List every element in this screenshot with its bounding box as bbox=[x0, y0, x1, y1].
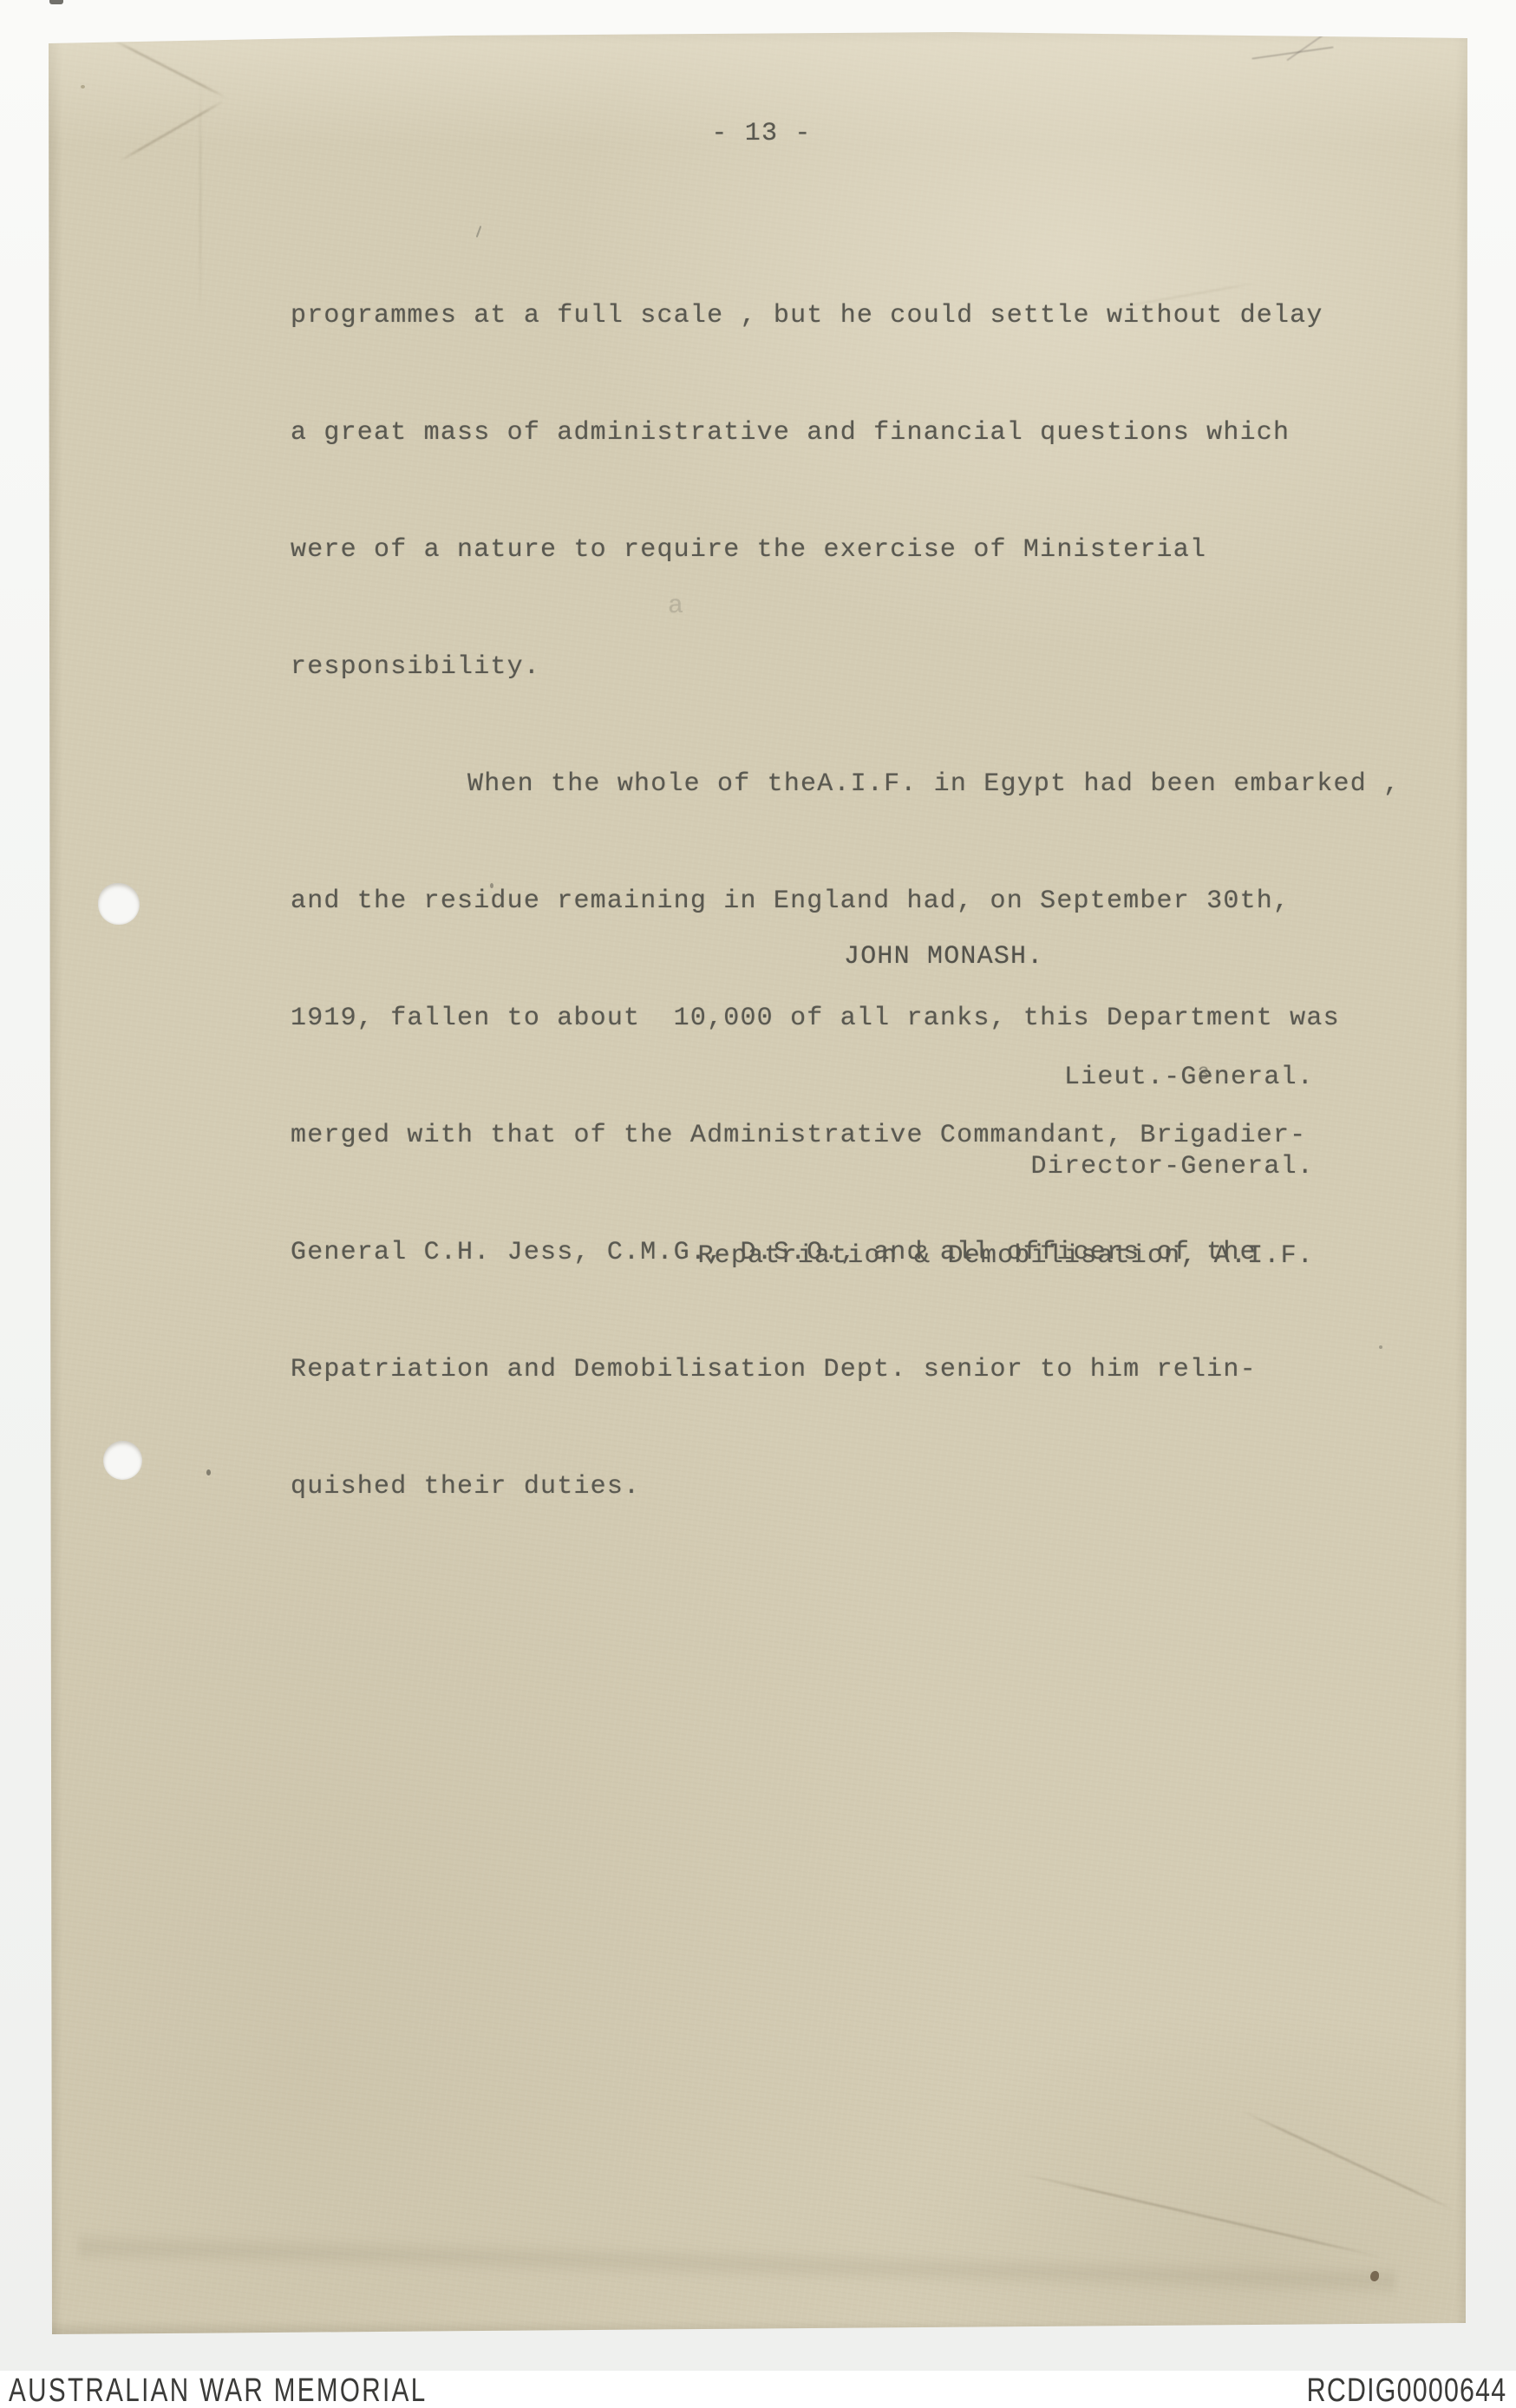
page-number: - 13 - bbox=[675, 115, 848, 152]
document-paper: - 13 - programmes at a full scale , but … bbox=[49, 32, 1467, 2334]
body-line: and the residue remaining in England had… bbox=[291, 873, 1453, 931]
body-line: a great mass of administrative and finan… bbox=[291, 404, 1453, 462]
body-line: When the whole of theA.I.F. in Egypt had… bbox=[291, 756, 1453, 814]
signature-title-line: Lieut.-General. bbox=[697, 1063, 1314, 1093]
crease-mark bbox=[199, 74, 201, 325]
signature-title-line: Director-General. bbox=[697, 1152, 1314, 1182]
crease-mark bbox=[1242, 2110, 1455, 2211]
crease-mark bbox=[1019, 2173, 1382, 2259]
punch-hole bbox=[98, 883, 140, 925]
body-line: programmes at a full scale , but he coul… bbox=[291, 287, 1453, 345]
body-line: quished their duties. bbox=[291, 1458, 1453, 1516]
adjacent-page-corner bbox=[49, 0, 63, 4]
pencil-scratch bbox=[1286, 28, 1333, 62]
signature-title-line: Repatriation & Demobilisation, A.I.F. bbox=[697, 1241, 1314, 1272]
body-line: Repatriation and Demobilisation Dept. se… bbox=[291, 1341, 1453, 1399]
punch-hole bbox=[103, 1441, 142, 1480]
crease-mark bbox=[78, 2229, 1397, 2299]
pencil-scratch bbox=[1251, 46, 1333, 59]
crease-mark bbox=[111, 38, 228, 99]
footer-reference-id: RCDIG0000644 bbox=[1306, 2374, 1506, 2407]
footer-archive-name: AUSTRALIAN WAR MEMORIAL bbox=[9, 2374, 428, 2407]
signature-titles: Lieut.-General. Director-General. Repatr… bbox=[697, 1004, 1314, 1331]
body-text: programmes at a full scale , but he coul… bbox=[291, 228, 1453, 1575]
body-line: responsibility. bbox=[291, 638, 1453, 697]
ink-speck bbox=[206, 1469, 211, 1476]
ink-speck bbox=[81, 85, 85, 88]
scanned-document-page: - 13 - programmes at a full scale , but … bbox=[0, 0, 1516, 2408]
signature-name: JOHN MONASH. bbox=[844, 928, 1043, 986]
footer-bar: AUSTRALIAN WAR MEMORIAL RCDIG0000644 bbox=[0, 2371, 1516, 2408]
overstrike-character: 3 bbox=[1198, 1063, 1210, 1085]
body-line: were of a nature to require the exercise… bbox=[291, 521, 1453, 579]
crease-mark bbox=[119, 100, 225, 162]
ghost-overstrike-character: a bbox=[668, 592, 684, 621]
